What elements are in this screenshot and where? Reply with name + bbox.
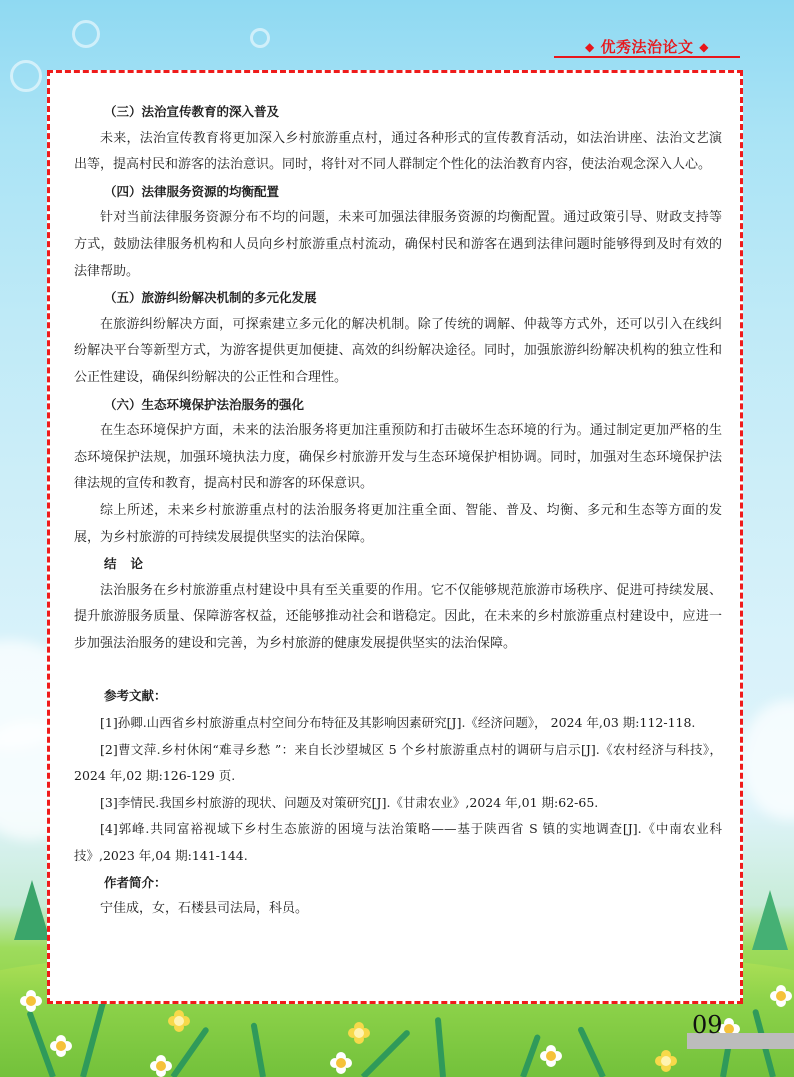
diamond-icon: ◆ xyxy=(699,40,709,54)
bubble-decoration xyxy=(72,20,100,48)
article-content-box: （三）法治宣传教育的深入普及 未来，法治宣传教育将更加深入乡村旅游重点村，通过各… xyxy=(47,70,743,1004)
flower-decoration xyxy=(20,990,42,1012)
flower-decoration xyxy=(168,1010,190,1032)
reference-item: [2]曹文萍.乡村休闲“难寻乡愁 ”：来自长沙望城区 5 个乡村旅游重点村的调研… xyxy=(74,737,722,790)
flower-decoration xyxy=(655,1050,677,1072)
reference-item: [1]孙卿.山西省乡村旅游重点村空间分布特征及其影响因素研究[J].《经济问题》… xyxy=(74,710,722,737)
flower-decoration xyxy=(150,1055,172,1077)
bubble-decoration xyxy=(250,28,270,48)
tree-decoration xyxy=(14,880,50,940)
column-title: 优秀法治论文 xyxy=(600,38,693,56)
bubble-decoration xyxy=(10,60,42,92)
flower-decoration xyxy=(330,1052,352,1074)
flower-decoration xyxy=(50,1035,72,1057)
section-heading: （五）旅游纠纷解决机制的多元化发展 xyxy=(74,285,722,312)
conclusion-heading: 结论 xyxy=(74,551,722,578)
column-header: ◆ 优秀法治论文 ◆ xyxy=(555,36,739,58)
tree-decoration xyxy=(752,890,788,950)
reference-item: [3]李情民.我国乡村旅游的现状、问题及对策研究[J].《甘肃农业》,2024 … xyxy=(74,790,722,817)
author-heading: 作者简介： xyxy=(74,870,722,897)
flower-decoration xyxy=(348,1022,370,1044)
conclusion-paragraph: 法治服务在乡村旅游重点村建设中具有至关重要的作用。它不仅能够规范旅游市场秩序、促… xyxy=(74,578,722,658)
section-paragraph: 针对当前法律服务资源分布不均的问题，未来可加强法律服务资源的均衡配置。通过政策引… xyxy=(74,205,722,285)
section-paragraph: 在生态环境保护方面，未来的法治服务将更加注重预防和打击破坏生态环境的行为。通过制… xyxy=(74,418,722,498)
article-body: （三）法治宣传教育的深入普及 未来，法治宣传教育将更加深入乡村旅游重点村，通过各… xyxy=(74,99,722,923)
section-heading: （四）法律服务资源的均衡配置 xyxy=(74,179,722,206)
header-underline xyxy=(554,56,740,58)
page-number: 09 xyxy=(692,1010,723,1040)
flower-decoration xyxy=(540,1045,562,1067)
reference-item: [4]郭峰.共同富裕视域下乡村生态旅游的困境与法治策略——基于陕西省 S 镇的实… xyxy=(74,816,722,869)
summary-paragraph: 综上所述，未来乡村旅游重点村的法治服务将更加注重全面、智能、普及、均衡、多元和生… xyxy=(74,498,722,551)
spacer xyxy=(74,657,722,683)
flower-decoration xyxy=(770,985,792,1007)
cloud-decoration xyxy=(740,700,794,820)
diamond-icon: ◆ xyxy=(585,40,595,54)
section-heading: （六）生态环境保护法治服务的强化 xyxy=(74,392,722,419)
author-bio: 宁佳成，女，石楼县司法局，科员。 xyxy=(74,896,722,923)
section-paragraph: 未来，法治宣传教育将更加深入乡村旅游重点村，通过各种形式的宣传教育活动，如法治讲… xyxy=(74,126,722,179)
references-heading: 参考文献： xyxy=(74,683,722,710)
section-heading: （三）法治宣传教育的深入普及 xyxy=(74,99,722,126)
section-paragraph: 在旅游纠纷解决方面，可探索建立多元化的解决机制。除了传统的调解、仲裁等方式外，还… xyxy=(74,312,722,392)
